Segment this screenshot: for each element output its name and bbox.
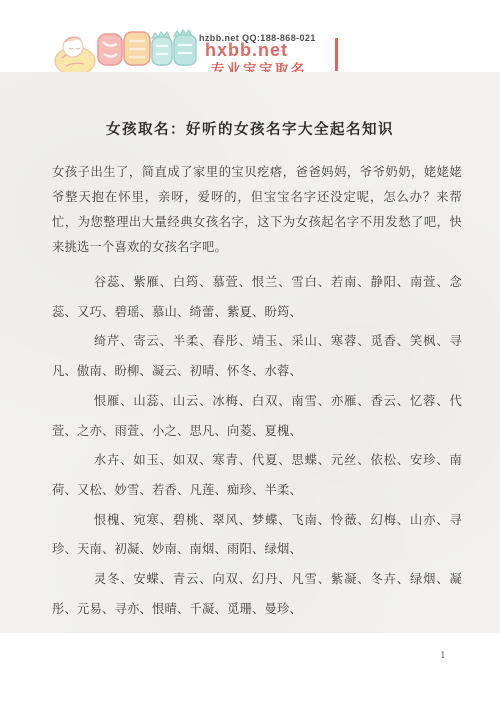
page-title: 女孩取名：好听的女孩名字大全起名知识 bbox=[0, 72, 500, 139]
name-list-section: 谷蕊、紫雁、白筠、慕萱、恨兰、雪白、若南、静阳、南萱、念蕊、又巧、碧瑶、慕山、绮… bbox=[0, 268, 500, 624]
page-number: 1 bbox=[440, 649, 446, 661]
baby-logo-graphic bbox=[52, 20, 202, 80]
name-group-3: 恨雁、山蕊、山云、冰梅、白双、南雪、亦雁、香云、忆蓉、代萱、之亦、雨萱、小之、思… bbox=[52, 387, 462, 446]
name-group-1: 谷蕊、紫雁、白筠、慕萱、恨兰、雪白、若南、静阳、南萱、念蕊、又巧、碧瑶、慕山、绮… bbox=[52, 268, 462, 327]
name-group-5: 恨槐、宛寒、碧桃、翠风、梦蝶、飞南、怜薇、幻梅、山亦、寻珍、天南、初凝、妙南、南… bbox=[52, 506, 462, 565]
baby-logo bbox=[52, 20, 202, 80]
red-divider-bar bbox=[335, 38, 338, 71]
page-bottom-margin: 1 bbox=[0, 633, 500, 707]
page-top-margin: hzbb.net QQ:188-868-021 hxbb.net 专业宝宝取名 bbox=[0, 0, 500, 72]
intro-paragraph: 女孩子出生了，简直成了家里的宝贝疙瘩，爸爸妈妈，爷爷奶奶，姥姥姥爷整天抱在怀里，… bbox=[52, 160, 462, 260]
name-group-6: 灵冬、安蝶、青云、向双、幻丹、凡雪、紫凝、冬卉、绿烟、凝彤、元易、寻亦、恨晴、千… bbox=[52, 565, 462, 624]
scanned-content-area: 女孩取名：好听的女孩名字大全起名知识 女孩子出生了，简直成了家里的宝贝疙瘩，爸爸… bbox=[0, 72, 500, 633]
name-group-2: 绮芹、寄云、半柔、春彤、靖玉、采山、寒蓉、觅香、笑枫、寻凡、傲南、盼柳、凝云、初… bbox=[52, 327, 462, 386]
name-group-4: 水卉、如玉、如双、寒青、代夏、思蝶、元丝、依松、安珍、南荷、又松、妙雪、若香、凡… bbox=[52, 446, 462, 505]
